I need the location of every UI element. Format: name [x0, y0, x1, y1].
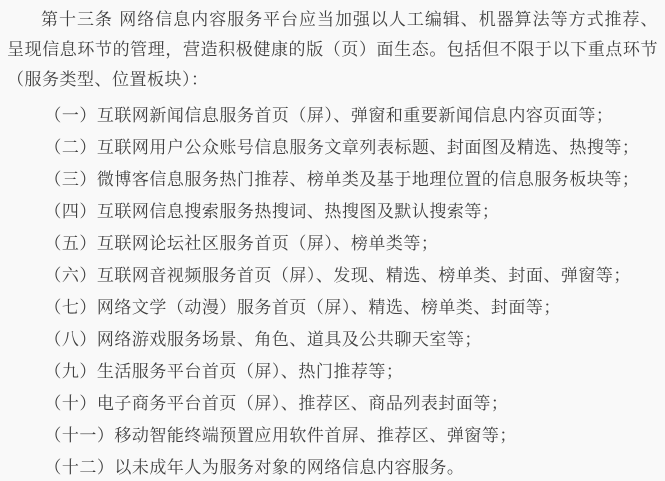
clause-item-12: （十二）以未成年人为服务对象的网络信息内容服务。 [7, 452, 658, 481]
clause-item-10: （十）电子商务平台首页（屏）、推荐区、商品列表封面等； [7, 388, 658, 420]
clause-item-6: （六）互联网音视频服务首页（屏）、发现、精选、榜单类、封面、弹窗等； [7, 260, 658, 292]
clause-item-5: （五）互联网论坛社区服务首页（屏）、榜单类等； [7, 228, 658, 260]
clause-list: （一）互联网新闻信息服务首页（屏）、弹窗和重要新闻信息内容页面等； （二）互联网… [7, 100, 658, 481]
clause-item-4: （四）互联网信息搜索服务热搜词、热搜图及默认搜索等； [7, 196, 658, 228]
document-page: 第十三条 网络信息内容服务平台应当加强以人工编辑、机器算法等方式推荐、呈现信息环… [0, 0, 665, 481]
clause-item-11: （十一）移动智能终端预置应用软件首屏、推荐区、弹窗等； [7, 420, 658, 452]
article-intro-paragraph: 第十三条 网络信息内容服务平台应当加强以人工编辑、机器算法等方式推荐、呈现信息环… [7, 5, 658, 95]
clause-item-1: （一）互联网新闻信息服务首页（屏）、弹窗和重要新闻信息内容页面等； [7, 100, 658, 132]
clause-item-2: （二）互联网用户公众账号信息服务文章列表标题、封面图及精选、热搜等； [7, 132, 658, 164]
clause-item-7: （七）网络文学（动漫）服务首页（屏）、精选、榜单类、封面等； [7, 292, 658, 324]
clause-item-8: （八）网络游戏服务场景、角色、道具及公共聊天室等； [7, 324, 658, 356]
clause-item-9: （九）生活服务平台首页（屏）、热门推荐等； [7, 356, 658, 388]
clause-item-3: （三）微博客信息服务热门推荐、榜单类及基于地理位置的信息服务板块等； [7, 164, 658, 196]
